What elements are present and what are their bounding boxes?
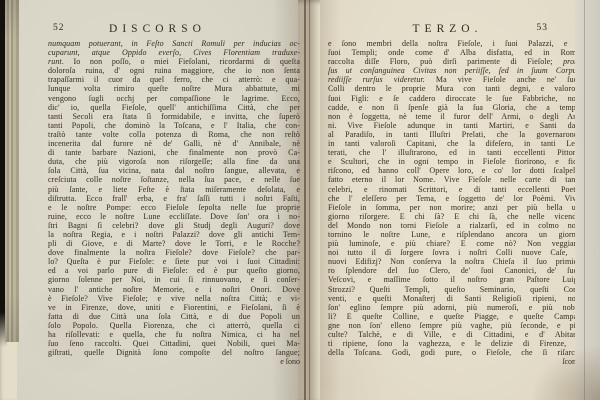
text-line: in tanti valoroſi Capitani, che la difeſ… [328, 139, 580, 148]
left-page-text-block: numquam potuerant, in Feſto Sancti Romul… [48, 39, 300, 366]
text-line: più luminoſe, e più chiare? E come nò? N… [328, 239, 580, 248]
right-page-text-block: e ſono membri della noſtra Fieſole, i ſu… [328, 39, 580, 366]
text-line: ſon' eglino ſempre più adorni, più numer… [328, 303, 580, 312]
text-line: riſcono, ed hanno coll' Opere loro, e co… [328, 166, 580, 175]
corner-shadow [530, 345, 600, 400]
text-line: lo? Queſta è pur Fieſole: e ſiete pur vo… [48, 257, 300, 266]
text-line: ed a voi parlo pure di Fieſole: ed è pur… [48, 266, 300, 275]
text-line: Fieſole in ſomma, per non morire; anzi p… [328, 203, 580, 212]
text-line: tornino le noſtre Lune, e riſplendano an… [328, 230, 580, 239]
text-line: non è ſoggetta, nè teme il furor dell' A… [328, 112, 580, 121]
text-line: ſuo ſeno raccolti. Quei Cittadini, quei … [48, 339, 300, 348]
right-page: TERZO. 53 e ſono membri della noſtra Fie… [320, 0, 575, 400]
text-line: ſuoi Templi; onde come d' Alba disfatta,… [328, 48, 580, 57]
text-line: del Mondo non torni Fieſole a rialzarſi,… [328, 221, 580, 230]
book-leaf-edges [5, 0, 19, 342]
left-page: 52 DISCORSO numquam potuerant, in Feſto … [17, 0, 298, 400]
text-line: numquam potuerant, in Feſto Sancti Romul… [48, 39, 300, 48]
text-line: celebri, e rinomati Scrittori, e di tant… [328, 185, 580, 194]
text-line: tanti Popoli, che dominò la Toſcana, e l… [48, 121, 300, 130]
book-scan: 52 DISCORSO numquam potuerant, in Feſto … [0, 0, 600, 400]
text-line: è Fieſole? Vive Fieſole; e vive nella no… [48, 294, 300, 303]
text-line: ruine, ecco le noſtre Lune eccliſſate. D… [48, 212, 300, 221]
text-line: rediiſſe rurſus videretur. Ma vive Fieſo… [328, 75, 580, 84]
text-line: ſolo Popolo. Quella Fiorenza, che ci att… [48, 321, 300, 330]
text-line: noi tutto il dì ſorgere ſovra i noſtri C… [328, 248, 580, 257]
text-line: terati, che l' illuſtrarono, ed in tanti… [328, 148, 580, 157]
text-line: dic' io, quella Fieſole, quell' antichiſ… [48, 103, 300, 112]
catchword: e ſono [48, 357, 300, 366]
text-line: e Scultori, che in ogni tempo in Fieſole… [328, 157, 580, 166]
text-line: ha riſollevati: e quella, che fu noſtra … [48, 330, 300, 339]
text-line: doloroſa ruina, d' ogni ruina maggiore, … [48, 66, 300, 75]
right-page-header: TERZO. 53 [320, 23, 575, 36]
book-gutter [298, 0, 320, 400]
right-paper-edge [575, 0, 600, 400]
text-line: e ſono membri della noſtra Fieſole, i ſu… [328, 39, 580, 48]
text-line: vano l' antiche noſtre Memorie, e i noſt… [48, 285, 300, 294]
text-line: che l' eleſſero per Tema, e ſoggetto de'… [328, 194, 580, 203]
text-line: Veſcovi, e maſſime ſotto il noſtro gran … [328, 275, 580, 284]
text-line: Strozzi? Queſti Templi, queſto Seminario… [328, 285, 580, 294]
text-line: li? E queſte Colline, e queſte Piagge, e… [328, 312, 580, 321]
text-line: cadde, e non ſi ſpenſe già la ſua Gloria… [328, 103, 580, 112]
text-line: raccolta diſſe Floro, può dirſi pariment… [328, 57, 580, 66]
left-page-header: 52 DISCORSO [17, 23, 298, 36]
text-line: tanti Secoli era ſtata ſì formidabile, e… [48, 112, 300, 121]
running-title-left: DISCORSO [17, 23, 298, 35]
text-line: duta, che più vigoroſa non riſorgeſſe; a… [48, 157, 300, 166]
text-line: traſtò tante volte colla potenza di Roma… [48, 130, 300, 139]
text-line: cuparunt, atque Oppido everſo, Cives Flo… [48, 48, 300, 57]
text-line: giſtrati, quelle Dignità ſono compoſte d… [48, 348, 300, 357]
text-line: ve in Firenze, dove, uniti e Fiorentini,… [48, 303, 300, 312]
text-line: fatto eterno il lor Nome. Vive Fieſole n… [328, 175, 580, 184]
text-line: più ſante, e liete Feſte è ſtata miſeram… [48, 185, 300, 194]
text-line: pli di Giove, e di Marte? dove le Torri,… [48, 239, 300, 248]
text-line: di tante barbare Nazioni, che finalmente… [48, 148, 300, 157]
text-line: diſtrutta. Ecco frall' erba, e fra' ſaſſ… [48, 194, 300, 203]
text-line: lunque volta rimiro queſte noſtre Mura a… [48, 84, 300, 93]
page-number-right: 53 [537, 23, 549, 33]
text-line: e le noſtre Pompe: ecco Fieſole ſepolta … [48, 203, 300, 212]
text-line: venti, e queſti Monaſterj di Santi Relig… [328, 294, 580, 303]
text-line: la noſtra Regia, e i noſtri Palazzi? dov… [48, 230, 300, 239]
text-line: Colli dentro le proprie Mura con tanti d… [328, 84, 580, 93]
text-line: ſus ut conſanguinea Civitas non periiſſe… [328, 66, 580, 75]
text-line: vengono ſugli occhj per compaſſione le l… [48, 94, 300, 103]
text-line: ſola Città, ſua vicina, nata dal noſtro … [48, 166, 300, 175]
text-line: ſuoi Figli: e ſe caddero diroccate le ſu… [328, 94, 580, 103]
text-line: incenerita dal furore nè de' Galli, nè d… [48, 139, 300, 148]
text-line: nuovi Edifizj? Non conſerva la noſtra Ch… [328, 257, 580, 266]
text-line: culte? Talchè, e di Ville, e di Cittadin… [328, 330, 580, 339]
text-line: ſtri Bagni ſì celebri? dove gli Studj de… [48, 221, 300, 230]
text-line: dove finalmente la noſtra Fieſole? dove … [48, 248, 300, 257]
text-line: gne non ſon' elleno ſempre più vaghe, pi… [328, 321, 580, 330]
text-line: al Paradiſo, in tanti Illuſtri Prelati, … [328, 130, 580, 139]
text-line: giorno riſorgere. E chi ſà? E chi ſà, ch… [328, 212, 580, 221]
text-line: fatta di due Città una ſola Città, e di … [48, 312, 300, 321]
text-line: runt. Io non poſſo, o miei Fieſolani, ri… [48, 57, 300, 66]
text-line: creſciuta colle noſtre ſoſtanze, nella ſ… [48, 175, 300, 184]
text-line: ni. Vive Fieſole adunque in tanti Martir… [328, 121, 580, 130]
text-line: ro ſplendore del ſuo Clero, de' ſuoi Can… [328, 266, 580, 275]
text-line: trapaſſarmi il cuor da quel ferro, che c… [48, 75, 300, 84]
text-line: giorno ſolenne per Noi, in cui ſi rinnuo… [48, 275, 300, 284]
